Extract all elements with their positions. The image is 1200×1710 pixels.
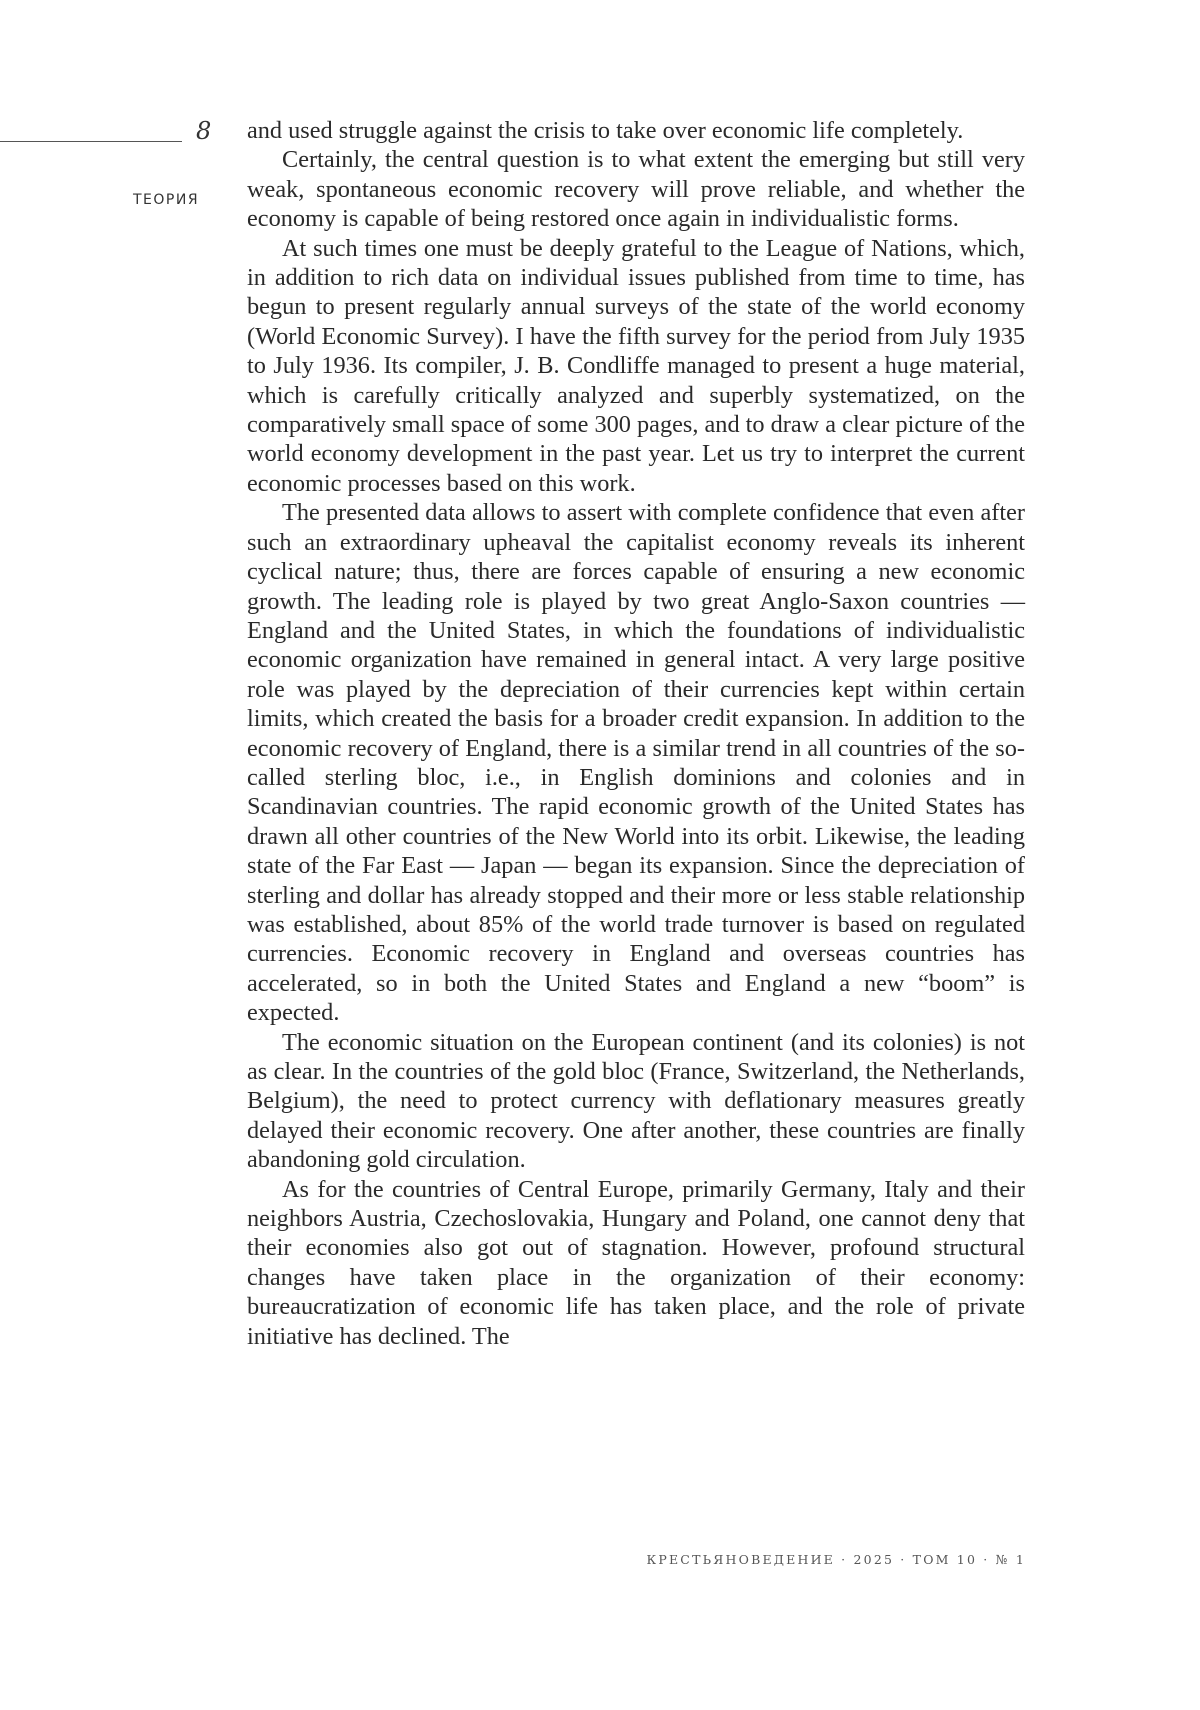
- paragraph: The economic situation on the European c…: [247, 1028, 1025, 1175]
- paragraph: The presented data allows to assert with…: [247, 498, 1025, 1027]
- section-label: ТЕОРИЯ: [133, 192, 199, 208]
- body-text: and used struggle against the crisis to …: [247, 116, 1025, 1351]
- paragraph: Certainly, the central question is to wh…: [247, 145, 1025, 233]
- header-rule: [0, 141, 182, 142]
- paragraph: As for the countries of Central Europe, …: [247, 1175, 1025, 1351]
- page-number: 8: [196, 117, 226, 145]
- journal-footer: КРЕСТЬЯНОВЕДЕНИЕ · 2025 · ТОМ 10 · № 1: [647, 1552, 1027, 1567]
- paragraph: and used struggle against the crisis to …: [247, 116, 1025, 145]
- paragraph: At such times one must be deeply gratefu…: [247, 234, 1025, 499]
